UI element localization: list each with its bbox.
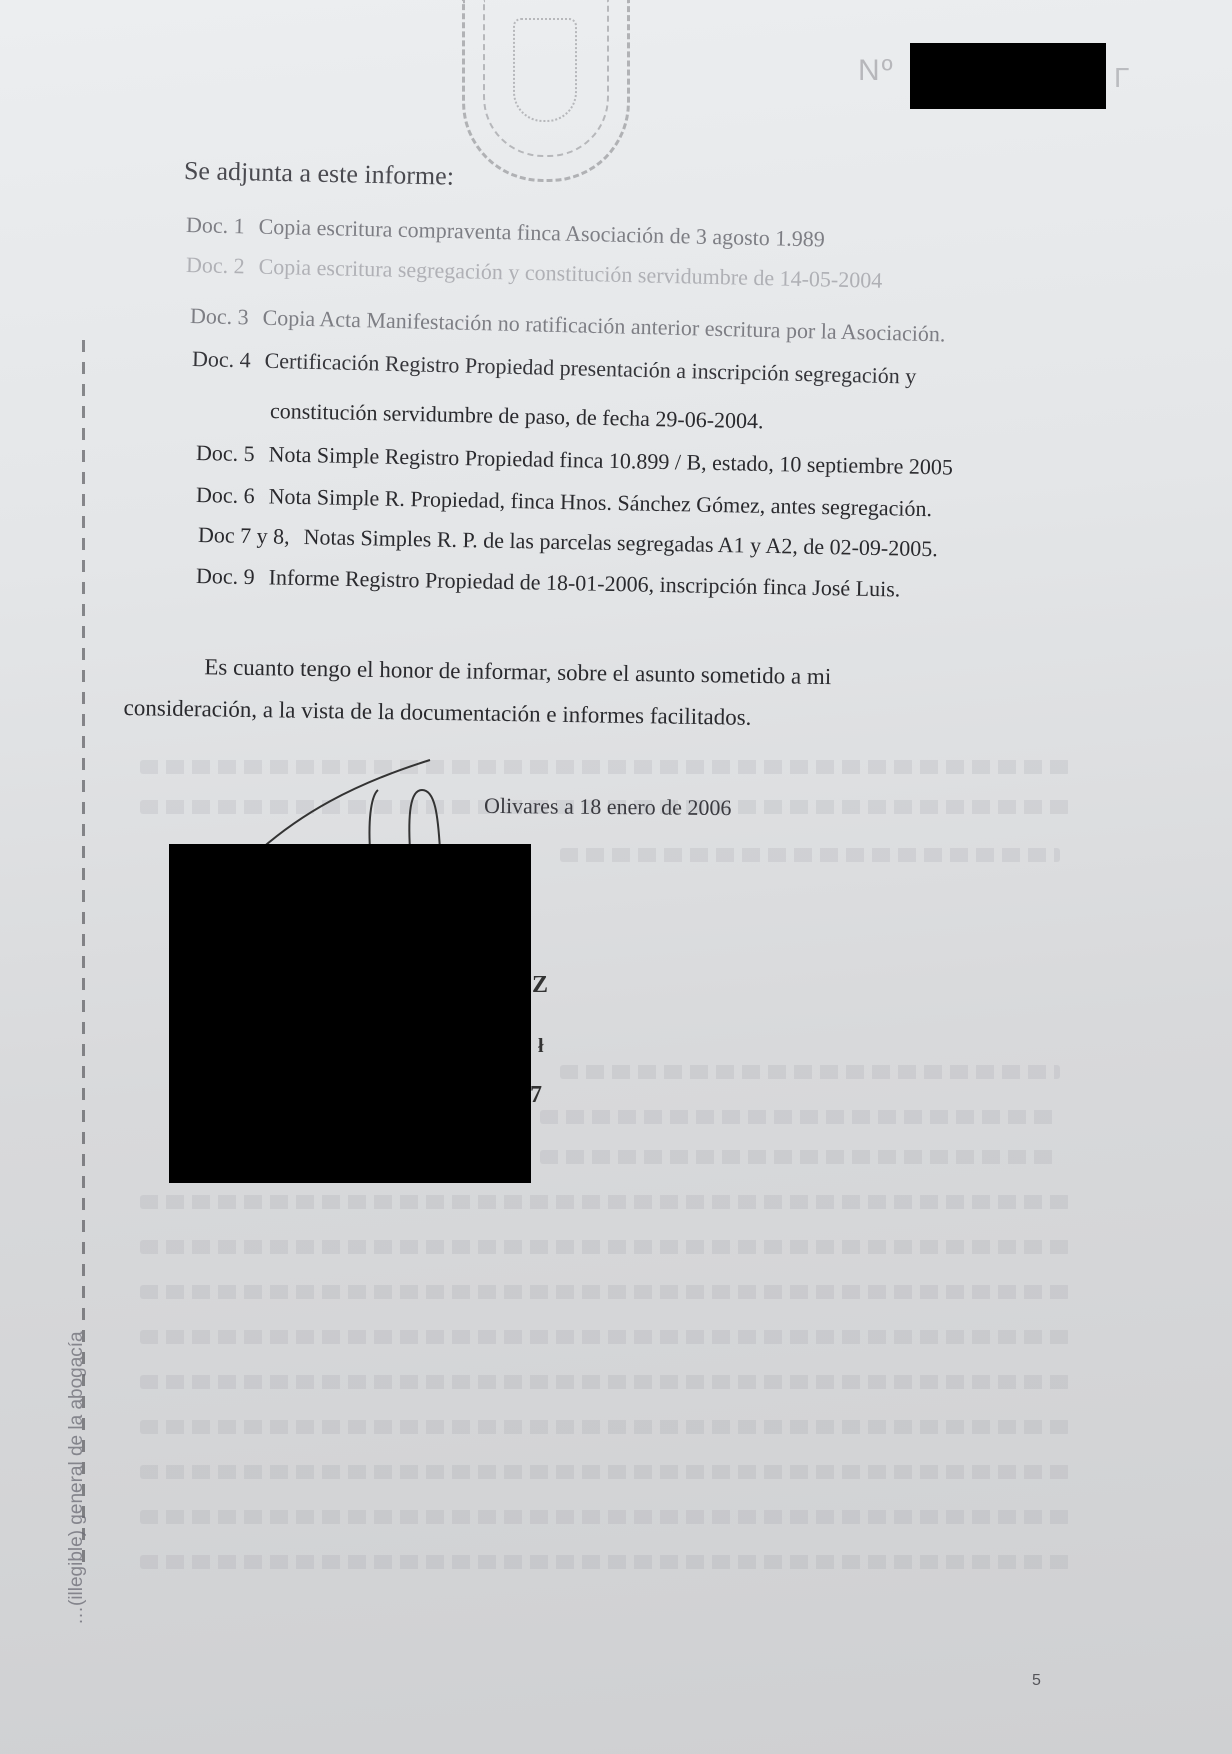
signature-fragment: ł — [538, 1035, 544, 1058]
bleed-through-line — [140, 1420, 1070, 1434]
signature-stroke-icon — [260, 755, 500, 855]
bleed-through-line — [140, 1330, 1070, 1344]
document-number-label: Nº — [858, 54, 895, 88]
bleed-through-line — [140, 1375, 1070, 1389]
seal-stamp-icon — [462, 0, 630, 182]
signature-fragment: 7 — [530, 1082, 542, 1109]
redacted-document-number — [910, 43, 1106, 109]
attachment-item: Doc. 1Copia escritura compraventa finca … — [186, 212, 825, 252]
attachment-item: Doc. 4Certificación Registro Propiedad p… — [192, 346, 917, 390]
bleed-through-line — [560, 848, 1060, 862]
document-number-tail: Г — [1114, 62, 1129, 94]
bleed-through-line — [540, 1110, 1060, 1124]
closing-paragraph: Es cuanto tengo el honor de informar, so… — [123, 645, 1074, 744]
attachment-item: Doc. 9Informe Registro Propiedad de 18-0… — [196, 563, 901, 603]
attachment-item-continuation: constitución servidumbre de paso, de fec… — [270, 398, 764, 434]
bleed-through-line — [540, 1150, 1060, 1164]
page-number: 5 — [1032, 1672, 1041, 1690]
attachments-heading: Se adjunta a este informe: — [184, 156, 455, 192]
bleed-through-line — [140, 1240, 1070, 1254]
attachment-item: Doc 7 y 8,Notas Simples R. P. de las par… — [198, 522, 938, 562]
bleed-through-line — [140, 1195, 1070, 1209]
bleed-through-line — [140, 1285, 1070, 1299]
attachment-item: Doc. 6Nota Simple R. Propiedad, finca Hn… — [196, 482, 933, 522]
bleed-through-line — [140, 1465, 1070, 1479]
attachment-item: Doc. 5Nota Simple Registro Propiedad fin… — [196, 440, 953, 481]
place-and-date: Olivares a 18 enero de 2006 — [484, 793, 732, 821]
redacted-signature-block — [169, 844, 531, 1183]
attachment-item: Doc. 3Copia Acta Manifestación no ratifi… — [190, 303, 946, 347]
bleed-through-line — [140, 1510, 1070, 1524]
margin-vertical-text: …(illegible) general de la abogacía — [66, 1285, 88, 1625]
attachment-item: Doc. 2Copia escritura segregación y cons… — [186, 252, 883, 294]
document-page: Nº Г Se adjunta a este informe: Doc. 1Co… — [0, 0, 1232, 1754]
bleed-through-line — [560, 1065, 1060, 1079]
signature-fragment: Z — [532, 972, 548, 999]
bleed-through-line — [140, 1555, 1070, 1569]
